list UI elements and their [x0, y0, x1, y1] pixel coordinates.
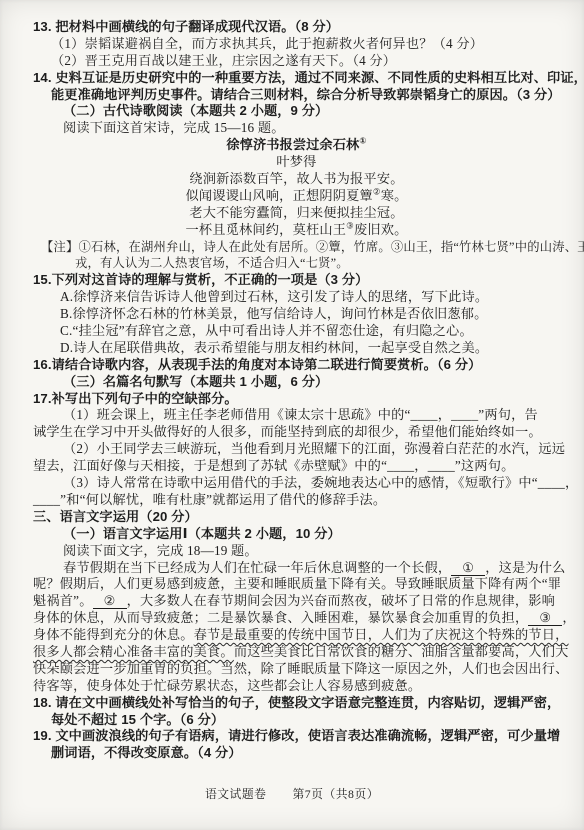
text-segment: （一）语言文字运用Ⅰ（本题共 2 小题，10 分） [63, 526, 341, 541]
poem-line-1: 绕涧新添数百竿，故人书为报平安。 [33, 171, 560, 188]
text-segment: （二）古代诗歌阅读（本题共 2 小题，9 分） [63, 103, 328, 118]
question-14-stem-line-1: 14. 史料互证是历史研究中的一种重要方法，通过不同来源、不同性质的史料相互比对… [33, 70, 560, 87]
text-segment: 13. 把材料中画横线的句子翻译成现代汉语。（8 分） [33, 19, 339, 34]
text-segment: 春节假期在当下已经成为人们在忙碌一年后休息调整的一个长假， [63, 560, 451, 575]
text-segment: 每处不超过 15 个字。（6 分） [51, 712, 224, 727]
superscript-note-ref: ① [359, 136, 366, 146]
passage-line-2: 呢？假期后，人们更易感到疲惫，主要和睡眠质量下降有关。导致睡眠质量下降有两个“罪 [33, 576, 560, 593]
text-segment: A.徐惇济来信告诉诗人他曾到过石林，这引发了诗人的思绪，写下此诗。 [60, 289, 488, 304]
poem-line-4: 一杯且觅林间约，莫枉山王③废旧欢。 [33, 222, 560, 239]
question-13-item-2: （2）晋王克用百战以建王业，庄宗因之遂有天下。（4 分） [51, 53, 560, 70]
text-segment: 16.请结合诗歌内容，从表现手法的角度对本诗第二联进行简要赏析。（6 分） [33, 357, 481, 372]
question-16-stem: 16.请结合诗歌内容，从表现手法的角度对本诗第二联进行简要赏析。（6 分） [33, 357, 560, 374]
text-segment: 阅读下面这首宋诗，完成 15—16 题。 [63, 120, 285, 135]
section-heading-language-use-1: （一）语言文字运用Ⅰ（本题共 2 小题，10 分） [63, 526, 560, 543]
text-segment: 徐惇济书报尝过余石林 [226, 137, 359, 152]
poem-title: 徐惇济书报尝过余石林① [33, 137, 560, 154]
passage-line-8: 待客等，使身体处于忙碌劳累状态，这些都会让人容易感到疲惫。 [33, 678, 560, 695]
question-15-option-d: D.诗人在尾联借典故，表示希望能与朋友相约林间，一起享受自然之美。 [60, 340, 560, 357]
question-13-item-1: （1）崇韬谋避祸自全，而方求执其兵，此于抱薪救火者何异也？（4 分） [51, 36, 560, 53]
text-segment: 呢？假期后，人们更易感到疲惫，主要和睡眠质量下降有关。导致睡眠质量下降有两个“罪 [33, 576, 561, 591]
question-17-item-2-line-2: 望去，江面好像与天相接，于是想到了苏轼《赤壁赋》中的“____，____”这两句… [33, 458, 560, 475]
page-footer: 语文试题卷第7页（共8页） [0, 785, 584, 802]
text-segment: 叶梦得 [276, 154, 316, 169]
poem-note-line-1: 【注】①石林，在湖州弁山，诗人在此处有居所。②簟，竹席。③山王，指“竹林七贤”中… [41, 239, 560, 256]
section-heading-dictation: （三）名篇名句默写（本题共 1 小题，6 分） [63, 374, 560, 391]
question-17-stem: 17.补写出下列句子中的空缺部分。 [33, 391, 560, 408]
text-segment: 老大不能穷蠹简，归来便拟挂尘冠。 [189, 205, 403, 220]
text-segment: 17.补写出下列句子中的空缺部分。 [33, 391, 238, 406]
text-segment: 15.下列对这首诗的理解与赏析，不正确的一项是（3 分） [33, 272, 368, 287]
text-segment: 绕涧新添数百竿，故人书为报平安。 [189, 171, 403, 186]
question-13-stem: 13. 把材料中画横线的句子翻译成现代汉语。（8 分） [33, 19, 560, 36]
passage-line-6: 很多人都会精心准备丰富的美食。而这些美食比日常饮食的糖分、油脂含量都要高，人们大 [33, 644, 560, 661]
numbered-fill-blank: ② [93, 594, 127, 609]
text-segment: 寒。 [381, 188, 408, 203]
section-heading-language-use: 三、语言文字运用（20 分） [33, 509, 560, 526]
exam-paper-page: 13. 把材料中画横线的句子翻译成现代汉语。（8 分）（1）崇韬谋避祸自全，而方… [0, 0, 584, 830]
text-segment: 快朵颐会进一步加重胃的负担。当然，除了睡眠质量下降这一原因之外，人们也会因出行、 [33, 661, 569, 676]
question-17-item-2-line-1: （2）小王同学去三峡游玩，当他看到月光照耀下的江面，弥漫着白茫茫的水汽，远远 [63, 441, 560, 458]
passage-line-7: 快朵颐会进一步加重胃的负担。当然，除了睡眠质量下降这一原因之外，人们也会因出行、 [33, 661, 560, 678]
text-segment: 戎，有人认为二人热衷官场，不适合归入“七贤”。 [75, 256, 349, 270]
text-segment: 而这些美食比日常饮食的糖分、油脂含量都要高，人们大 [234, 644, 569, 659]
text-segment: 阅读下面文字，完成 18—19 题。 [63, 543, 258, 558]
footer-page-number: 第7页（共8页） [292, 787, 379, 801]
question-19-stem-line-1: 19. 文中画波浪线的句子有语病，请进行修改，使语言表达准确流畅，逻辑严密，可少… [33, 728, 560, 745]
poetry-reading-instruction: 阅读下面这首宋诗，完成 15—16 题。 [63, 120, 560, 137]
passage-line-4: 身体的休息，从而导致疲惫；二是暴饮暴食、入睡困难，暴饮暴食会加重胃的负担，③， [33, 610, 560, 627]
text-segment: （1）崇韬谋避祸自全，而方求执其兵，此于抱薪救火者何异也？（4 分） [51, 36, 483, 51]
numbered-fill-blank: ① [451, 561, 485, 576]
text-segment: （三）名篇名句默写（本题共 1 小题，6 分） [63, 374, 328, 389]
text-segment: 能更准确地评判历史事件。请结合三则材料，综合分析导致郭崇韬身亡的原因。（3 分） [51, 87, 561, 102]
text-segment: 【注】①石林，在湖州弁山，诗人在此处有居所。②簟，竹席。③山王，指“竹林七贤”中… [41, 240, 584, 254]
text-segment: 三、语言文字运用（20 分） [33, 509, 198, 524]
text-segment: D.诗人在尾联借典故，表示希望能与朋友相约林间，一起享受自然之美。 [60, 340, 488, 355]
passage-line-3: 魁祸首”。②，大多数人在春节期间会因为兴奋而熬夜，破坏了日常的作息规律，影响 [33, 593, 560, 610]
question-15-option-c: C.“挂尘冠”有辞官之意，从中可看出诗人并不留恋仕途，有归隐之心。 [60, 323, 560, 340]
question-14-stem-line-2: 能更准确地评判历史事件。请结合三则材料，综合分析导致郭崇韬身亡的原因。（3 分） [51, 87, 560, 104]
text-segment: （2）晋王克用百战以建王业，庄宗因之遂有天下。（4 分） [51, 53, 396, 68]
text-segment: 魁祸首”。 [33, 593, 93, 608]
text-segment: （3）诗人常常在诗歌中运用借代的手法，委婉地表达心中的感情，《短歌行》中“___… [63, 475, 578, 490]
text-segment: 似闻谡谡山风响，正想阴阴夏簟 [185, 188, 372, 203]
text-segment: 14. 史料互证是历史研究中的一种重要方法，通过不同来源、不同性质的史料相互比对… [33, 70, 584, 85]
passage-line-1: 春节假期在当下已经成为人们在忙碌一年后休息调整的一个长假，①，这是为什么 [63, 560, 560, 577]
question-15-option-a: A.徐惇济来信告诉诗人他曾到过石林，这引发了诗人的思绪，写下此诗。 [60, 289, 560, 306]
superscript-note-ref: ③ [346, 220, 354, 230]
question-17-item-3-line-2: ____”和“何以解忧，唯有杜康”就都运用了借代的修辞手法。 [33, 492, 560, 509]
poem-line-2: 似闻谡谡山风响，正想阴阴夏簟②寒。 [33, 188, 560, 205]
text-segment: 身体的休息，从而导致疲惫；二是暴饮暴食、入睡困难，暴饮暴食会加重胃的负担， [33, 610, 528, 625]
question-17-item-1-line-1: （1）班会课上，班主任李老师借用《谏太宗十思疏》中的“____，____”两句，… [63, 407, 560, 424]
question-17-item-3-line-1: （3）诗人常常在诗歌中运用借代的手法，委婉地表达心中的感情，《短歌行》中“___… [63, 475, 560, 492]
footer-paper-title: 语文试题卷 [205, 787, 267, 801]
text-segment: 19. 文中画波浪线的句子有语病，请进行修改，使语言表达准确流畅，逻辑严密，可少… [33, 728, 560, 743]
text-segment: 身体不能得到充分的休息。 [33, 627, 194, 642]
text-segment: （2）小王同学去三峡游玩，当他看到月光照耀下的江面，弥漫着白茫茫的水汽，远远 [63, 441, 565, 456]
text-segment: 待客等，使身体处于忙碌劳累状态，这些都会让人容易感到疲惫。 [33, 678, 421, 693]
text-segment: 诫学生在学习中开头做得好的人很多，而能坚持到底的却很少，希望他们能始终如一。 [33, 424, 542, 439]
language-use-instruction: 阅读下面文字，完成 18—19 题。 [63, 543, 560, 560]
poem-author: 叶梦得 [33, 154, 560, 171]
superscript-note-ref: ② [373, 187, 381, 197]
text-segment: 18. 请在文中画横线处补写恰当的句子，使整段文字语意完整连贯，内容贴切，逻辑严… [33, 695, 560, 710]
text-segment: （1）班会课上，班主任李老师借用《谏太宗十思疏》中的“____，____”两句，… [63, 407, 538, 422]
poem-note-line-2: 戎，有人认为二人热衷官场，不适合归入“七贤”。 [75, 255, 560, 272]
question-19-stem-line-2: 删词语，不得改变原意。（4 分） [51, 745, 560, 762]
document-content: 13. 把材料中画横线的句子翻译成现代汉语。（8 分）（1）崇韬谋避祸自全，而方… [33, 19, 560, 762]
text-segment: ，大多数人在春节期间会因为兴奋而熬夜，破坏了日常的作息规律，影响 [127, 593, 555, 608]
wavy-underlined-text: 很多人都会精心准备丰富的美食。 [33, 644, 234, 659]
question-15-stem: 15.下列对这首诗的理解与赏析，不正确的一项是（3 分） [33, 272, 560, 289]
text-segment: C.“挂尘冠”有辞官之意，从中可看出诗人并不留恋仕途，有归隐之心。 [60, 323, 473, 338]
text-segment: 废旧欢。 [354, 222, 408, 237]
text-segment: 一杯且觅林间约，莫枉山王 [185, 222, 346, 237]
question-15-option-b: B.徐惇济怀念石林的竹林美景，他写信给诗人，询问竹林是否依旧葱郁。 [60, 306, 560, 323]
text-segment: ____”和“何以解忧，唯有杜康”就都运用了借代的修辞手法。 [33, 492, 386, 507]
poem-line-3: 老大不能穷蠹简，归来便拟挂尘冠。 [33, 205, 560, 222]
question-17-item-1-line-2: 诫学生在学习中开头做得好的人很多，而能坚持到底的却很少，希望他们能始终如一。 [33, 424, 560, 441]
wavy-underlined-text: 春节是最重要的传统中国节日，人们为了庆祝这个特殊的节日， [194, 627, 569, 642]
passage-line-5: 身体不能得到充分的休息。春节是最重要的传统中国节日，人们为了庆祝这个特殊的节日， [33, 627, 560, 644]
numbered-fill-blank: ③ [528, 611, 562, 626]
text-segment: ，这是为什么 [485, 560, 565, 575]
text-segment: ， [562, 610, 575, 625]
text-segment: 删词语，不得改变原意。（4 分） [51, 745, 242, 760]
section-heading-ancient-poetry: （二）古代诗歌阅读（本题共 2 小题，9 分） [63, 103, 560, 120]
text-segment: 望去，江面好像与天相接，于是想到了苏轼《赤壁赋》中的“____，____”这两句… [33, 458, 514, 473]
question-18-stem-line-1: 18. 请在文中画横线处补写恰当的句子，使整段文字语意完整连贯，内容贴切，逻辑严… [33, 695, 560, 712]
text-segment: B.徐惇济怀念石林的竹林美景，他写信给诗人，询问竹林是否依旧葱郁。 [60, 306, 488, 321]
question-18-stem-line-2: 每处不超过 15 个字。（6 分） [51, 712, 560, 729]
